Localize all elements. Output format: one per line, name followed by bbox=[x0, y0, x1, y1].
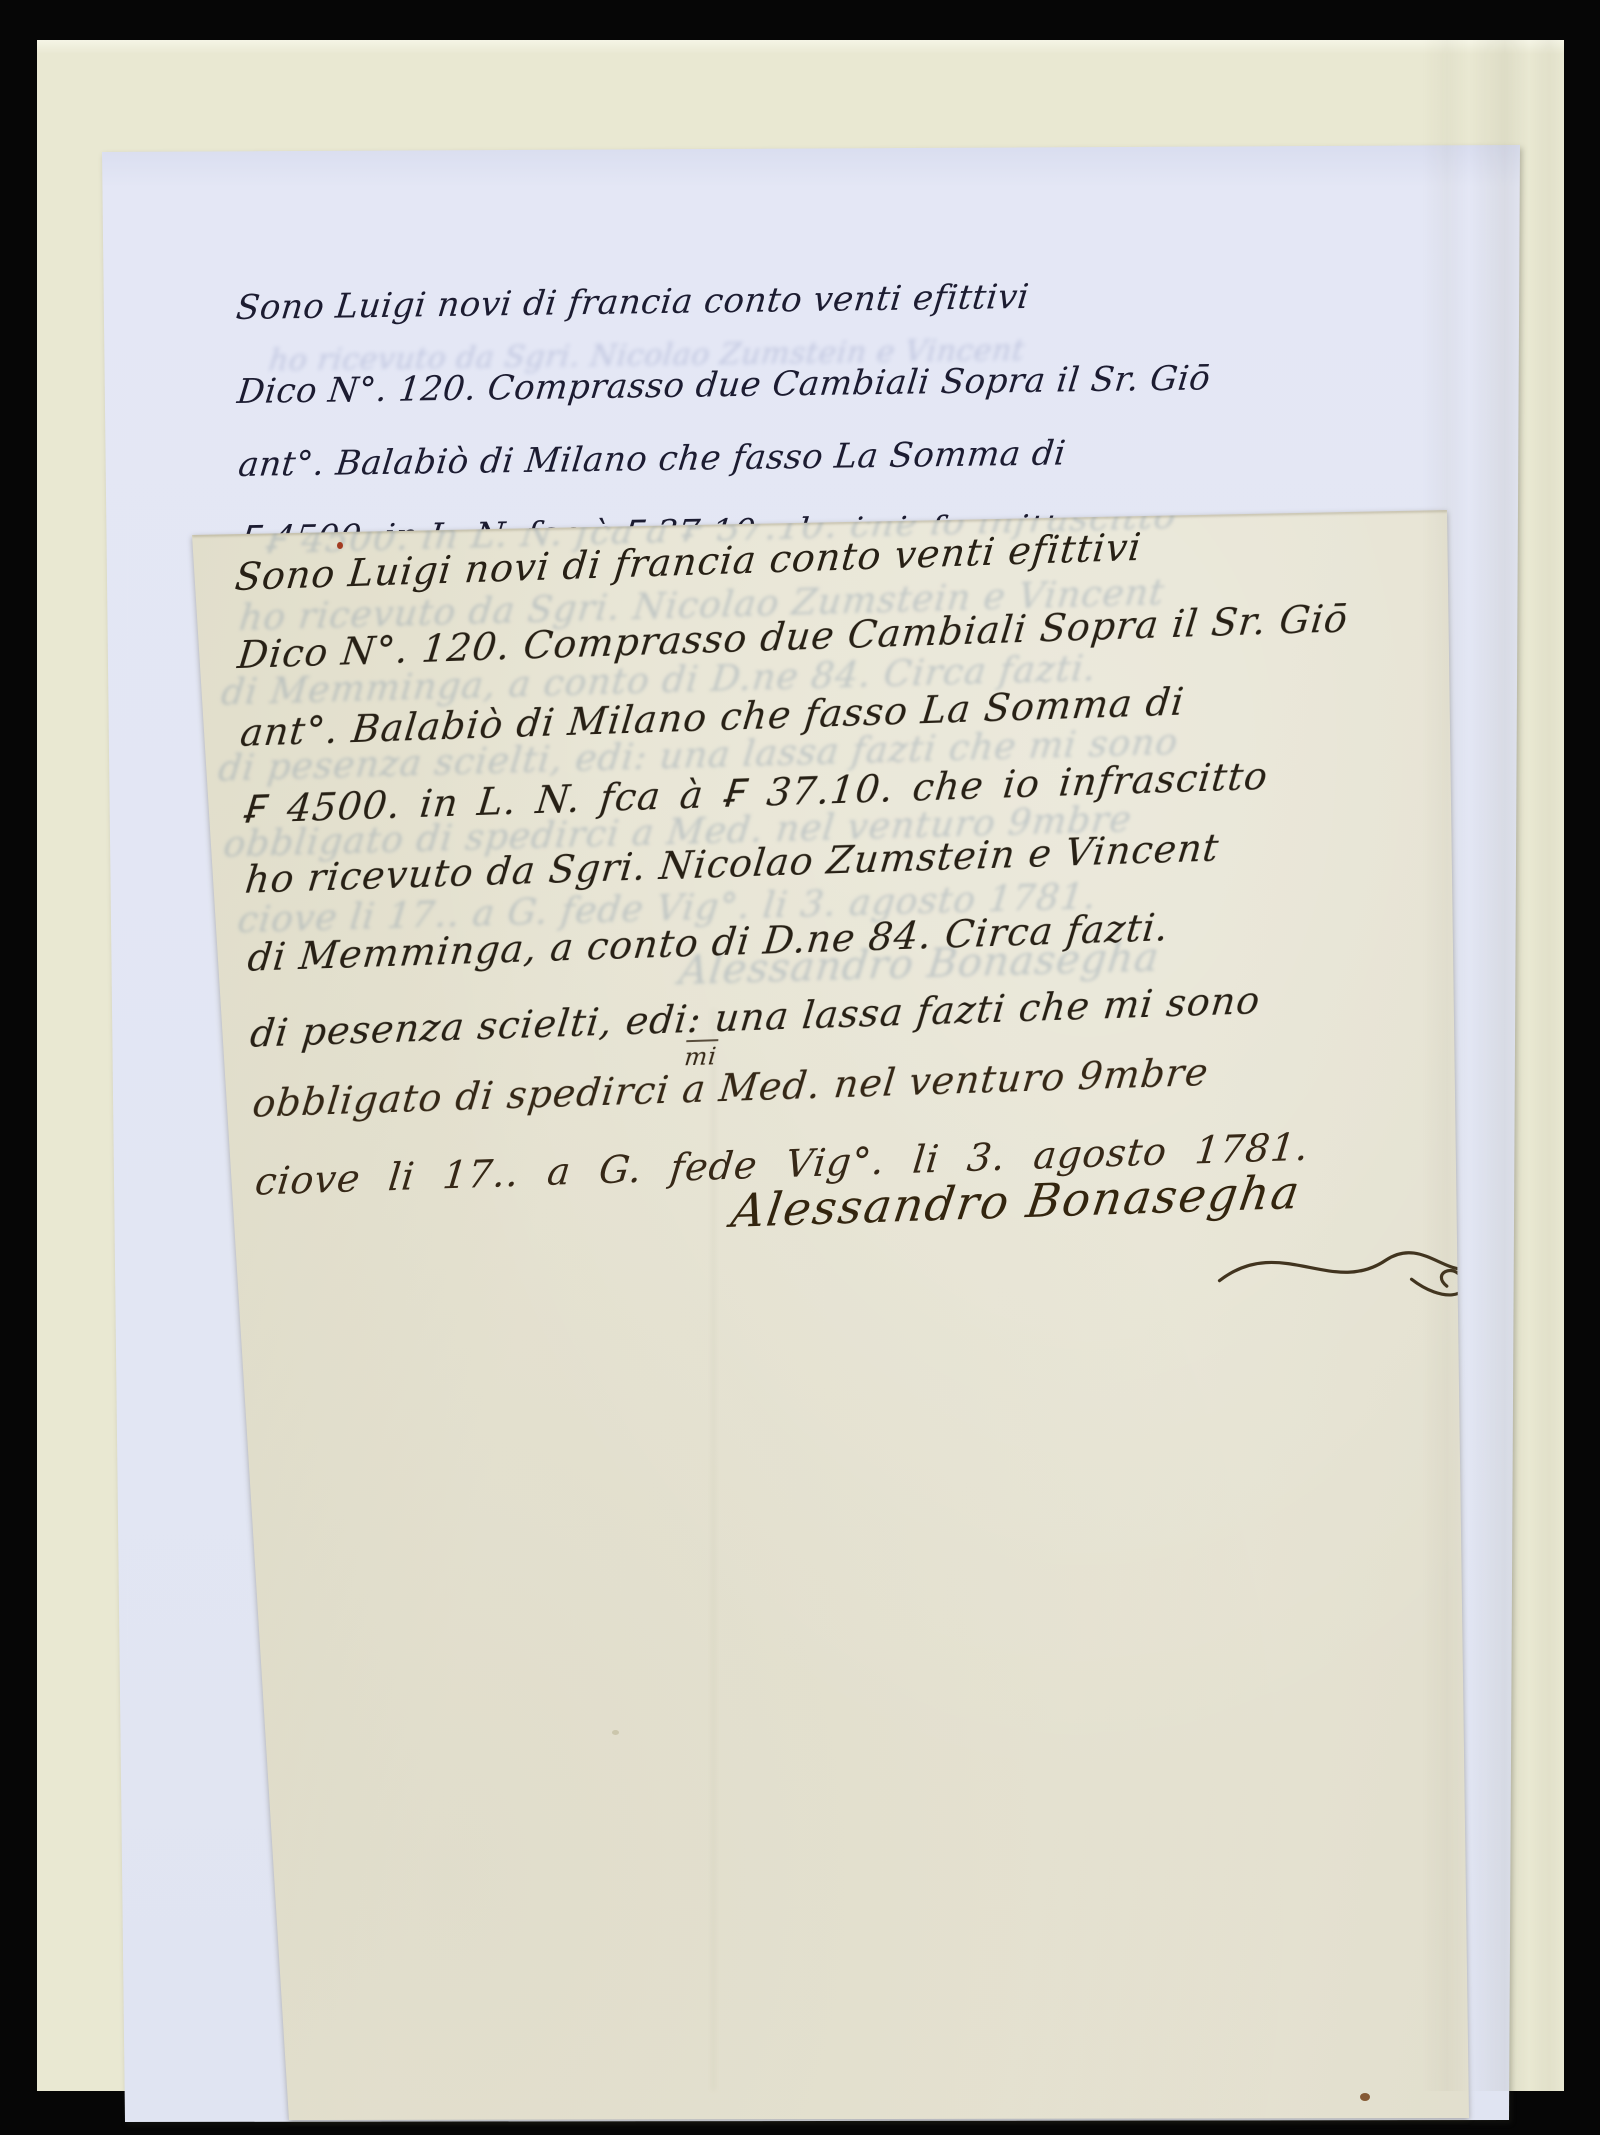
ink-speck bbox=[337, 542, 343, 549]
superscript-mi: mi bbox=[683, 1039, 719, 1071]
letter-line: di pesenza scielti, edi: una lassa fazti… bbox=[248, 981, 1262, 1053]
recto-sheet: ₣ 4500. in L. N. fca à ₣ 37.10. che io i… bbox=[192, 510, 1472, 2120]
letter-line: ant°. Balabiò di Milano che fasso La Som… bbox=[237, 436, 1068, 482]
letter-line: obbligato di spedirci a Med. nel venturo… bbox=[251, 1053, 1211, 1123]
foxing-spot bbox=[1360, 2093, 1370, 2101]
letter-line: Sono Luigi novi di francia conto venti e… bbox=[234, 280, 1030, 325]
photo-frame: Sono Luigi novi di francia conto venti e… bbox=[0, 0, 1600, 2135]
paper-blemish bbox=[612, 1730, 619, 1735]
album-page: Sono Luigi novi di francia conto venti e… bbox=[37, 40, 1564, 2091]
